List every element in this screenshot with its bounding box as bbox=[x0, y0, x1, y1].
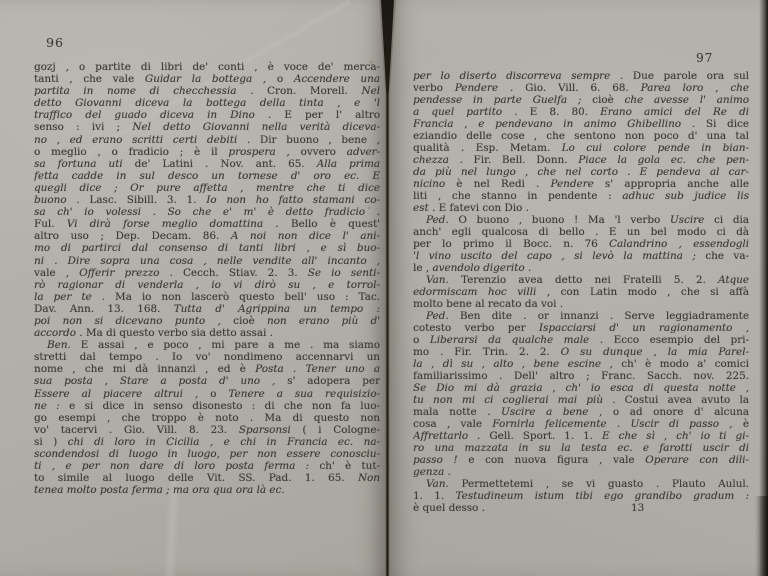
roman-text: Lasc. Sibill. 3. 1. bbox=[89, 194, 206, 206]
italic-text: chezza . bbox=[413, 154, 473, 166]
roman-text: le , bbox=[413, 262, 432, 274]
roman-text: e con nuova figura , vale bbox=[468, 454, 645, 466]
text-line: pendesse in parte Guelfa ; cioè che aves… bbox=[413, 94, 749, 106]
italic-text: Van. bbox=[426, 274, 461, 286]
text-line: est . E fatevi con Dio . bbox=[413, 202, 749, 214]
roman-text: familiarissimo . Dell' altro ; Franc. Sa… bbox=[413, 370, 749, 382]
roman-text: E per l' altro bbox=[284, 109, 380, 121]
italic-text: Sparsonsi bbox=[239, 424, 303, 436]
text-line: Van. Terenzio avea detto nei Fratelli 5.… bbox=[413, 274, 749, 286]
italic-text: nicino bbox=[413, 178, 456, 190]
italic-text: Ispacciarsi d' un ragionamento , bbox=[539, 322, 749, 334]
roman-text: e si dice in senso disonesto : di che no… bbox=[69, 400, 380, 412]
text-line: mo . Fir. Trin. 2. 2. O su dunque , la m… bbox=[413, 346, 749, 358]
text-line: vo' tacervi . Gio. Vill. 8. 23. Sparsons… bbox=[34, 424, 380, 436]
italic-text: Io non ho fatto stamani co- bbox=[206, 194, 380, 206]
text-line: tu non mi ci coglierai mai più . Costui … bbox=[413, 394, 749, 406]
text-line: molto bene al recato da voi . bbox=[413, 298, 749, 310]
text-line: senso : ivi ; Nel detto Giovanni nella v… bbox=[34, 121, 380, 133]
italic-text: Offerir prezzo . bbox=[79, 267, 183, 279]
text-line: sa fortuna uti de' Latini . Nov. ant. 65… bbox=[34, 158, 380, 170]
text-line: buono . Lasc. Sibill. 3. 1. Io non ho fa… bbox=[34, 194, 380, 206]
italic-text: partita in nome di checchessia . bbox=[34, 85, 267, 97]
text-line: sua posta , Stare a posta d' uno , s' ad… bbox=[34, 375, 380, 387]
roman-text: ch' è modo a' comici bbox=[621, 358, 749, 370]
roman-text: qualità . Esp. Metam. bbox=[413, 142, 562, 154]
scan-edge-shadow bbox=[759, 0, 768, 576]
roman-text: è quel desso . bbox=[413, 502, 485, 514]
italic-text: Vi dirà forse meglio domattina . bbox=[67, 218, 291, 230]
roman-text: cioè bbox=[233, 315, 267, 327]
italic-text: Affrettarlo . bbox=[413, 430, 489, 442]
roman-text: Dir buono , bene , bbox=[260, 134, 380, 146]
roman-text: s' adopera per bbox=[287, 375, 380, 387]
roman-text: Si dice bbox=[706, 118, 749, 130]
italic-text: la , dì su , alto , bene escine , bbox=[413, 358, 621, 370]
italic-text: Piace la gola ec. che pen- bbox=[578, 154, 749, 166]
roman-text: Ben dite . or innanzi . Serve leggiadram… bbox=[460, 310, 749, 322]
roman-text: eziandio delle cose , che sentono non po… bbox=[413, 130, 749, 142]
roman-text: Fir. Bell. Donn. bbox=[473, 154, 578, 166]
italic-text: da più nel lungo , che nel corto . E pen… bbox=[413, 166, 749, 178]
italic-text: sa ch' io volessi . So che e' m' è detto… bbox=[34, 206, 380, 218]
roman-text: Gell. Sport. 1. 1. bbox=[489, 430, 602, 442]
italic-text: Ped. bbox=[426, 214, 458, 226]
italic-text: pendesse in parte Guelfa ; bbox=[413, 94, 592, 106]
italic-text: chi di loro in Cicilia , e chi in Franci… bbox=[68, 436, 380, 448]
roman-text: o bbox=[277, 73, 294, 85]
italic-text: tenea molto posta ferma ; ma ora qua ora… bbox=[34, 484, 285, 496]
text-line: le , avendolo digerito . bbox=[413, 262, 749, 274]
roman-text: E fatevi con Dio . bbox=[439, 202, 529, 214]
roman-text: per lo primo il Bocc. n. 76 bbox=[413, 238, 609, 250]
roman-text: Permettetemi , se vi guasto . Plauto Aul… bbox=[461, 478, 749, 490]
italic-text: adhuc sub judice lis bbox=[622, 190, 749, 202]
roman-text: nome , che mi dà innanzi , ed è bbox=[34, 363, 255, 375]
text-line: quegli dice ; Or pure affetta , mentre c… bbox=[34, 182, 380, 194]
text-line: scondendosi di luogo in luogo, per non e… bbox=[34, 448, 380, 460]
italic-text: Testudineum istum tibi ego grandibo grad… bbox=[455, 490, 749, 502]
left-page-text: gozj , o partite di libri de' conti , è … bbox=[34, 61, 380, 496]
text-line: ne : e si dice in senso disonesto : di c… bbox=[34, 400, 380, 412]
text-line: traffico del guado diceva in Dino . E pe… bbox=[34, 109, 380, 121]
roman-text: E 8. 80. bbox=[530, 106, 600, 118]
roman-text: Gio. Vill. 6. 68. bbox=[525, 82, 641, 94]
italic-text: fetta cadde in sul desco un tornese d' o… bbox=[34, 170, 380, 182]
roman-text: vo' tacervi . Gio. Vill. 8. 23. bbox=[34, 424, 239, 436]
italic-text: Lo cui colore pende in bian- bbox=[562, 142, 749, 154]
text-line: ro una mazzata in su la testa ec. e faro… bbox=[413, 442, 749, 454]
italic-text: Pendere bbox=[550, 178, 604, 190]
text-line: no , ed erano scritti certi debiti . Dir… bbox=[34, 134, 380, 146]
italic-text: Essere al piacere altrui , bbox=[34, 388, 210, 400]
italic-text: ro una mazzata in su la testa ec. e faro… bbox=[413, 442, 749, 454]
text-line: per lo diserto discorreva sempre . Due p… bbox=[413, 70, 749, 82]
text-line: Se Dio mi dà grazia , ch' io esca di que… bbox=[413, 382, 749, 394]
roman-text: de' Latini . Nov. ant. 65. bbox=[135, 158, 317, 170]
right-page-text: per lo diserto discorreva sempre . Due p… bbox=[413, 70, 749, 514]
italic-text: per lo diserto discorreva sempre . bbox=[413, 70, 633, 82]
italic-text: Se io senti- bbox=[308, 267, 380, 279]
text-line: Ful. Vi dirà forse meglio domattina . Be… bbox=[34, 218, 380, 230]
text-line: poi non si dicevano punto , cioè non era… bbox=[34, 315, 380, 327]
roman-text: si ) bbox=[34, 436, 68, 448]
italic-text: Non bbox=[358, 472, 380, 484]
italic-text: Liberarsi da qualche male . bbox=[430, 334, 614, 346]
roman-text: Ful. bbox=[34, 218, 67, 230]
text-line: Essere al piacere altrui , o Tenere a su… bbox=[34, 388, 380, 400]
italic-text: tu non mi ci coglierai mai più . bbox=[413, 394, 625, 406]
italic-text: non erano più d' bbox=[267, 315, 380, 327]
text-line: ni . Dire sopra una cosa , nelle vendite… bbox=[34, 255, 380, 267]
italic-text: Se Dio mi dà grazia , ch' io esca di que… bbox=[413, 382, 749, 394]
text-line: familiarissimo . Dell' altro ; Franc. Sa… bbox=[413, 370, 749, 382]
text-line: mo di partirci dal consenso di tanti lib… bbox=[34, 242, 380, 254]
text-line: nicino è nel Redi . Pendere s' appropria… bbox=[413, 178, 749, 190]
left-page-number: 96 bbox=[46, 35, 64, 50]
roman-text: Dav. Ann. 13. 168. bbox=[34, 303, 174, 315]
roman-text: Ma di questo verbo sia detto assai . bbox=[86, 327, 273, 339]
roman-text: molto bene al recato da voi . bbox=[413, 298, 563, 310]
italic-text: a quel partito . bbox=[413, 106, 530, 118]
roman-text: che va- bbox=[705, 250, 749, 262]
italic-text: O su dunque , la mia Parel- bbox=[561, 346, 749, 358]
roman-text: con Latin modo , che si affà bbox=[561, 286, 749, 298]
italic-text: A noi non dice l' ani- bbox=[231, 230, 380, 242]
text-line: liti , che stanno in pendente : adhuc su… bbox=[413, 190, 749, 202]
text-line: chezza . Fir. Bell. Donn. Piace la gola … bbox=[413, 154, 749, 166]
italic-text: adver- bbox=[347, 146, 380, 158]
text-line: genza . bbox=[413, 466, 749, 478]
text-line: Van. Permettetemi , se vi guasto . Plaut… bbox=[413, 478, 749, 490]
text-line: verbo Pendere . Gio. Vill. 6. 68. Parea … bbox=[413, 82, 749, 94]
italic-text: Accendere una bbox=[294, 73, 380, 85]
roman-text: verbo bbox=[413, 82, 455, 94]
italic-text: Tutta d' Agrippina un tempo : bbox=[174, 303, 380, 315]
text-line: per lo primo il Bocc. n. 76 Calandrino ,… bbox=[413, 238, 749, 250]
text-line: o meglio , o fradicio ; è il prospera , … bbox=[34, 146, 380, 158]
italic-text: no , ed erano scritti certi debiti . bbox=[34, 134, 260, 146]
roman-text: altro uso ; Dep. Decam. 86. bbox=[34, 230, 231, 242]
roman-text: Ecco esempio del pri- bbox=[614, 334, 749, 346]
italic-text: la per te . bbox=[34, 291, 115, 303]
text-line: eziandio delle cose , che sentono non po… bbox=[413, 130, 749, 142]
text-line: o Liberarsi da qualche male . Ecco esemp… bbox=[413, 334, 749, 346]
italic-text: mo di partirci dal consenso di tanti lib… bbox=[34, 242, 380, 254]
italic-text: Ped. bbox=[426, 310, 460, 322]
roman-text: Due parole ora sul bbox=[633, 70, 749, 82]
text-line: la per te . Ma io non lascerò questo bel… bbox=[34, 291, 380, 303]
roman-text: è nel Redi . bbox=[456, 178, 550, 190]
text-line: da più nel lungo , che nel corto . E pen… bbox=[413, 166, 749, 178]
italic-text: est . bbox=[413, 202, 439, 214]
text-line: tanti , che vale Guidar la bottega , o A… bbox=[34, 73, 380, 85]
text-line: Dav. Ann. 13. 168. Tutta d' Agrippina un… bbox=[34, 303, 380, 315]
italic-text: ni . Dire sopra una cosa , nelle vendite… bbox=[34, 255, 380, 267]
italic-text: traffico del guado diceva in Dino . bbox=[34, 109, 284, 121]
italic-text: Nel bbox=[361, 85, 380, 97]
text-line: nome , che mi dà innanzi , ed è Posta . … bbox=[34, 363, 380, 375]
page-left: 96 gozj , o partite di libri de' conti ,… bbox=[0, 0, 388, 576]
italic-text: Uscire a bene , bbox=[501, 406, 613, 418]
text-line: anch' egli qualcosa di bello . E un bel … bbox=[413, 226, 749, 238]
text-line: accordo . Ma di questo verbo sia detto a… bbox=[34, 327, 380, 339]
italic-text: Parea loro , che bbox=[641, 82, 749, 94]
roman-text: ovvero bbox=[301, 146, 347, 158]
italic-text: quegli dice ; Or pure affetta , mentre c… bbox=[34, 182, 380, 194]
italic-text: rò ragionar di venderla , io vi dirò su … bbox=[34, 279, 380, 291]
text-line: la , dì su , alto , bene escine , ch' è … bbox=[413, 358, 749, 370]
text-line: qualità . Esp. Metam. Lo cui colore pend… bbox=[413, 142, 749, 154]
roman-text: go esempi , che troppo è noto . Ma di qu… bbox=[34, 412, 380, 424]
italic-text: Alla prima bbox=[317, 158, 380, 170]
right-page-number: 97 bbox=[696, 51, 713, 65]
text-line: a quel partito . E 8. 80. Erano amici de… bbox=[413, 106, 749, 118]
roman-text: stretti dal tempo . Io vo' nondimeno acc… bbox=[34, 351, 380, 363]
text-line: 'l vino uscito del capo , si levò la mat… bbox=[413, 250, 749, 262]
text-line: tenea molto posta ferma ; ma ora qua ora… bbox=[34, 484, 380, 496]
roman-text: o bbox=[413, 334, 430, 346]
italic-text: Guidar la bottega , bbox=[145, 73, 277, 85]
italic-text: ne : bbox=[34, 400, 69, 412]
roman-text: mo . Fir. Trin. 2. 2. bbox=[413, 346, 561, 358]
roman-text: o ad onore d' alcuna bbox=[613, 406, 749, 418]
roman-text: senso : ivi ; bbox=[34, 121, 132, 133]
italic-text: passo ! bbox=[413, 454, 468, 466]
roman-text: O buono , buono ! Ma 'l verbo bbox=[458, 214, 670, 226]
italic-text: Nel detto Giovanni nella verità diceva- bbox=[132, 121, 380, 133]
text-line: ti , e per non dare di loro posta ferma … bbox=[34, 460, 380, 472]
italic-text: poi non si dicevano punto , bbox=[34, 315, 233, 327]
text-line: Ben. E assai , e poco , mi pare a me . m… bbox=[34, 339, 380, 351]
roman-text: cosa , vale bbox=[413, 418, 492, 430]
text-line: gozj , o partite di libri de' conti , è … bbox=[34, 61, 380, 73]
book-scan: 96 gozj , o partite di libri de' conti ,… bbox=[0, 0, 768, 576]
italic-text: Fornirla felicemente . Uscir di passo , bbox=[492, 418, 743, 430]
italic-text: genza . bbox=[413, 466, 451, 478]
italic-text: Van. bbox=[426, 478, 461, 490]
roman-text: vale , bbox=[34, 267, 79, 279]
roman-text: ch' è tut- bbox=[319, 460, 380, 472]
text-line: Francia , e pendevano in animo Ghibellin… bbox=[413, 118, 749, 130]
roman-text: anch' egli qualcosa di bello . E un bel … bbox=[413, 226, 749, 238]
text-line: go esempi , che troppo è noto . Ma di qu… bbox=[34, 412, 380, 424]
roman-text: Costui avea avuto la bbox=[625, 394, 749, 406]
text-line: mala notte . Uscire a bene , o ad onore … bbox=[413, 406, 749, 418]
italic-text: edormiscam hoc villi , bbox=[413, 286, 561, 298]
italic-text: Operare con dili- bbox=[645, 454, 749, 466]
italic-text: Posta . Tener uno a bbox=[255, 363, 380, 375]
italic-text: Francia , e pendevano in animo Ghibellin… bbox=[413, 118, 706, 130]
italic-text: accordo . bbox=[34, 327, 86, 339]
text-line: passo ! e con nuova figura , vale Operar… bbox=[413, 454, 749, 466]
roman-text: Terenzio avea detto nei Fratelli 5. 2. bbox=[461, 274, 718, 286]
roman-text: 1. 1. bbox=[413, 490, 455, 502]
text-line: partita in nome di checchessia . Cron. M… bbox=[34, 85, 380, 97]
page-right: 97 per lo diserto discorreva sempre . Du… bbox=[388, 0, 768, 576]
italic-text: detto Giovanni diceva la bottega della t… bbox=[34, 97, 380, 109]
roman-text: è bbox=[743, 418, 749, 430]
roman-text: Ma io non lascerò questo bell' uso : Tac… bbox=[115, 291, 380, 303]
text-line: Ped. O buono , buono ! Ma 'l verbo Uscir… bbox=[413, 214, 749, 226]
italic-text: Erano amici del Re di bbox=[600, 106, 749, 118]
text-line: è quel desso . bbox=[413, 502, 749, 514]
roman-text: to simile al luogo delle Vit. SS. Pad. 1… bbox=[34, 472, 358, 484]
italic-text: Calandrino , essendogli bbox=[609, 238, 749, 250]
text-line: fetta cadde in sul desco un tornese d' o… bbox=[34, 170, 380, 182]
text-line: vale , Offerir prezzo . Cecch. Stiav. 2.… bbox=[34, 267, 380, 279]
roman-text: o bbox=[210, 388, 228, 400]
italic-text: E che sì , ch' io ti gi- bbox=[602, 430, 749, 442]
text-line: si ) chi di loro in Cicilia , e chi in F… bbox=[34, 436, 380, 448]
italic-text: 'l vino uscito del capo , si levò la mat… bbox=[413, 250, 705, 262]
text-line: 1. 1. Testudineum istum tibi ego grandib… bbox=[413, 490, 749, 502]
roman-text: tanti , che vale bbox=[34, 73, 145, 85]
text-line: stretti dal tempo . Io vo' nondimeno acc… bbox=[34, 351, 380, 363]
italic-text: Ben. bbox=[47, 339, 81, 351]
italic-text: sa fortuna uti bbox=[34, 158, 135, 170]
italic-text: sua posta , Stare a posta d' uno , bbox=[34, 375, 287, 387]
italic-text: scondendosi di luogo in luogo, per non e… bbox=[34, 448, 380, 460]
roman-text: E assai , e poco , mi pare a me . ma sia… bbox=[81, 339, 380, 351]
roman-text: s' appropria anche alle bbox=[605, 178, 749, 190]
text-line: edormiscam hoc villi , con Latin modo , … bbox=[413, 286, 749, 298]
roman-text: ( i Cologne- bbox=[302, 424, 380, 436]
roman-text: Cron. Morell. bbox=[267, 85, 361, 97]
roman-text: mala notte . bbox=[413, 406, 501, 418]
roman-text: cotesto verbo per bbox=[413, 322, 539, 334]
text-line: cosa , vale Fornirla felicemente . Uscir… bbox=[413, 418, 749, 430]
roman-text: liti , che stanno in pendente : bbox=[413, 190, 622, 202]
text-line: rò ragionar di venderla , io vi dirò su … bbox=[34, 279, 380, 291]
italic-text: avendolo digerito . bbox=[432, 262, 531, 274]
roman-text: gozj , o partite di libri de' conti , è … bbox=[34, 61, 380, 73]
text-line: sa ch' io volessi . So che e' m' è detto… bbox=[34, 206, 380, 218]
text-line: Ped. Ben dite . or innanzi . Serve leggi… bbox=[413, 310, 749, 322]
text-line: Affrettarlo . Gell. Sport. 1. 1. E che s… bbox=[413, 430, 749, 442]
italic-text: Atque bbox=[718, 274, 749, 286]
italic-text: Uscire bbox=[670, 214, 714, 226]
text-line: altro uso ; Dep. Decam. 86. A noi non di… bbox=[34, 230, 380, 242]
italic-text: Pendere . bbox=[455, 82, 525, 94]
roman-text: Bello è quest' bbox=[291, 218, 380, 230]
text-line: to simile al luogo delle Vit. SS. Pad. 1… bbox=[34, 472, 380, 484]
italic-text: prospera , bbox=[228, 146, 300, 158]
roman-text: ci dia bbox=[714, 214, 749, 226]
italic-text: che avesse l' animo bbox=[624, 94, 749, 106]
roman-text: Cecch. Stiav. 2. 3. bbox=[183, 267, 308, 279]
italic-text: buono . bbox=[34, 194, 89, 206]
italic-text: Tenere a sua requisizio- bbox=[228, 388, 380, 400]
text-line: detto Giovanni diceva la bottega della t… bbox=[34, 97, 380, 109]
roman-text: cioè bbox=[592, 94, 624, 106]
text-line: cotesto verbo per Ispacciarsi d' un ragi… bbox=[413, 322, 749, 334]
roman-text: o meglio , o fradicio ; è il bbox=[34, 146, 228, 158]
italic-text: ti , e per non dare di loro posta ferma … bbox=[34, 460, 319, 472]
